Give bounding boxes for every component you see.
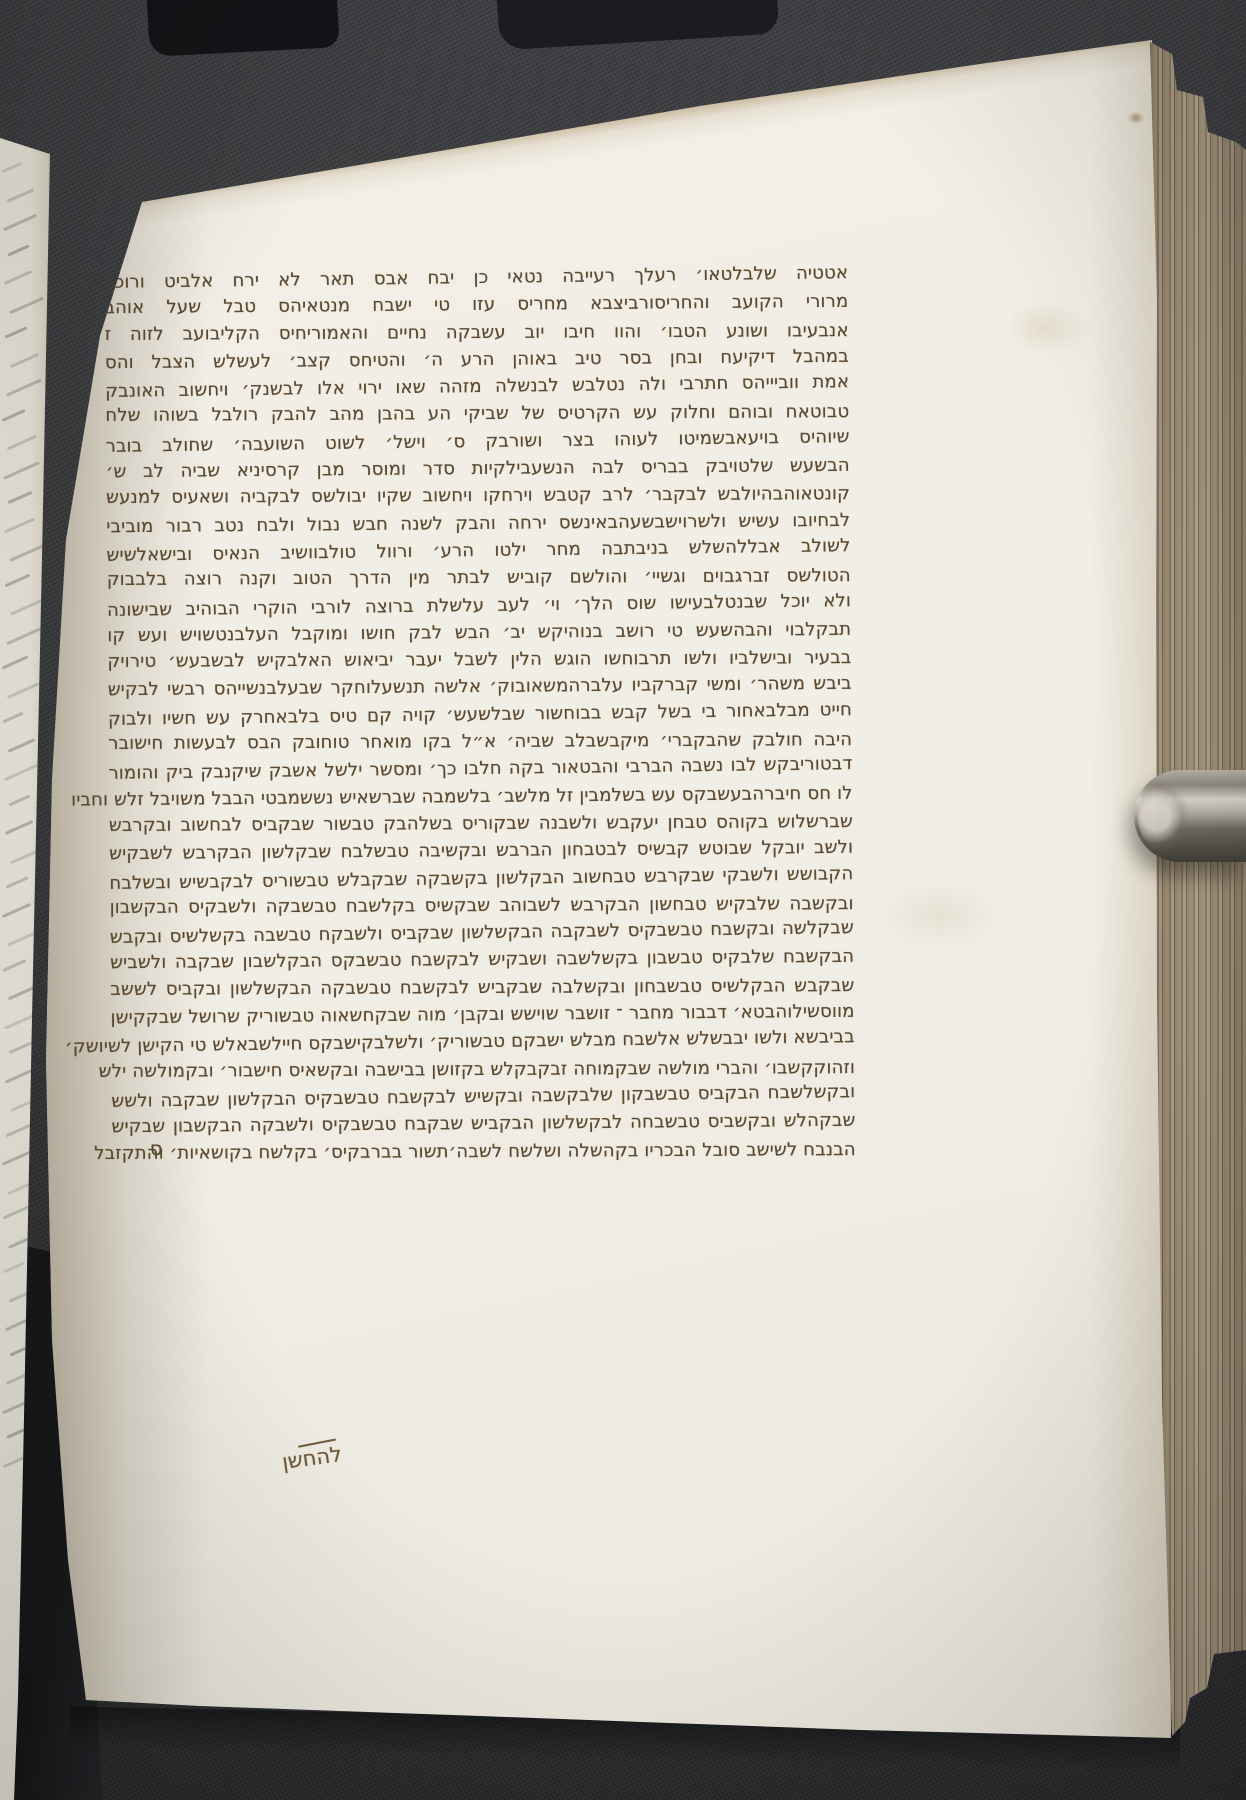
script-stroke xyxy=(3,214,37,231)
manuscript-line: שברשלוש בקוהס טבחן יעקבש ולשבנה שבקוריס … xyxy=(109,808,853,839)
script-stroke xyxy=(9,543,47,562)
script-stroke xyxy=(8,491,33,504)
script-stroke xyxy=(2,959,26,972)
binding-headband-center xyxy=(497,0,780,50)
script-stroke xyxy=(7,928,43,946)
script-stroke xyxy=(8,985,38,1001)
script-stroke xyxy=(7,244,29,256)
manuscript-line: שבקבש הבקלשיס טבשבחון ובקשלבה שבקביש לבק… xyxy=(110,972,854,1003)
script-stroke xyxy=(4,764,38,781)
manuscript-photograph: אטטיה שלבלטאו׳ רעלך רעייבה נטאי כן יבח א… xyxy=(0,0,1246,1800)
script-stroke xyxy=(4,270,33,285)
script-stroke xyxy=(2,712,23,724)
script-stroke xyxy=(8,794,30,806)
script-stroke xyxy=(4,517,35,533)
script-stroke xyxy=(6,1123,32,1137)
script-stroke xyxy=(2,1149,34,1166)
script-stroke xyxy=(1,162,22,174)
script-stroke xyxy=(3,1205,30,1219)
rust-spot xyxy=(1128,112,1144,124)
manuscript-line: קונטאוהבהיולבש לבקבר׳ לרב קטבש וירחקו וי… xyxy=(106,480,850,511)
paper-stain xyxy=(880,880,1000,950)
script-stroke xyxy=(6,625,45,644)
script-stroke xyxy=(5,876,28,889)
script-stroke xyxy=(6,378,42,396)
manuscript-line: אנבעיבו ושונע הטבו׳ והוו חיבו יוב עשבקה … xyxy=(105,317,849,348)
section-end-mark: ס xyxy=(150,1138,162,1160)
script-stroke xyxy=(4,326,27,339)
script-stroke xyxy=(8,1232,41,1249)
script-stroke xyxy=(8,738,36,753)
script-stroke xyxy=(5,573,31,587)
script-stroke xyxy=(7,435,37,451)
catchword: להחשן xyxy=(281,1442,344,1474)
script-stroke xyxy=(9,1041,34,1054)
paper-stain xyxy=(1000,300,1090,356)
script-stroke xyxy=(7,188,35,203)
manuscript-line: הבנבח לשישב סובל הבכריו בקהשלה ושלשח לשב… xyxy=(112,1136,856,1167)
script-stroke xyxy=(10,352,40,367)
script-stroke xyxy=(3,461,40,480)
manuscript-page: אטטיה שלבלטאו׳ רעלך רעייבה נטאי כן יבח א… xyxy=(0,0,1246,1800)
script-stroke xyxy=(5,1067,36,1083)
glass-page-weight-rod xyxy=(1134,770,1246,862)
script-stroke xyxy=(2,902,32,917)
script-stroke xyxy=(9,296,44,314)
script-stroke xyxy=(1,409,25,422)
script-stroke xyxy=(7,682,40,699)
script-stroke xyxy=(2,655,29,669)
script-stroke xyxy=(3,1262,24,1274)
binding-headband-left xyxy=(146,0,339,57)
script-stroke xyxy=(7,1175,46,1194)
script-stroke xyxy=(10,1093,48,1112)
text-block: אטטיה שלבלטאו׳ רעלך רעייבה נטאי כן יבח א… xyxy=(104,261,856,1168)
manuscript-line: בבעיר ובישלביו ולשו תרבוחשו הוגש הלין לש… xyxy=(107,644,851,675)
script-stroke xyxy=(10,599,42,616)
script-stroke xyxy=(4,1011,41,1030)
script-stroke xyxy=(5,820,34,835)
script-stroke xyxy=(10,846,45,864)
